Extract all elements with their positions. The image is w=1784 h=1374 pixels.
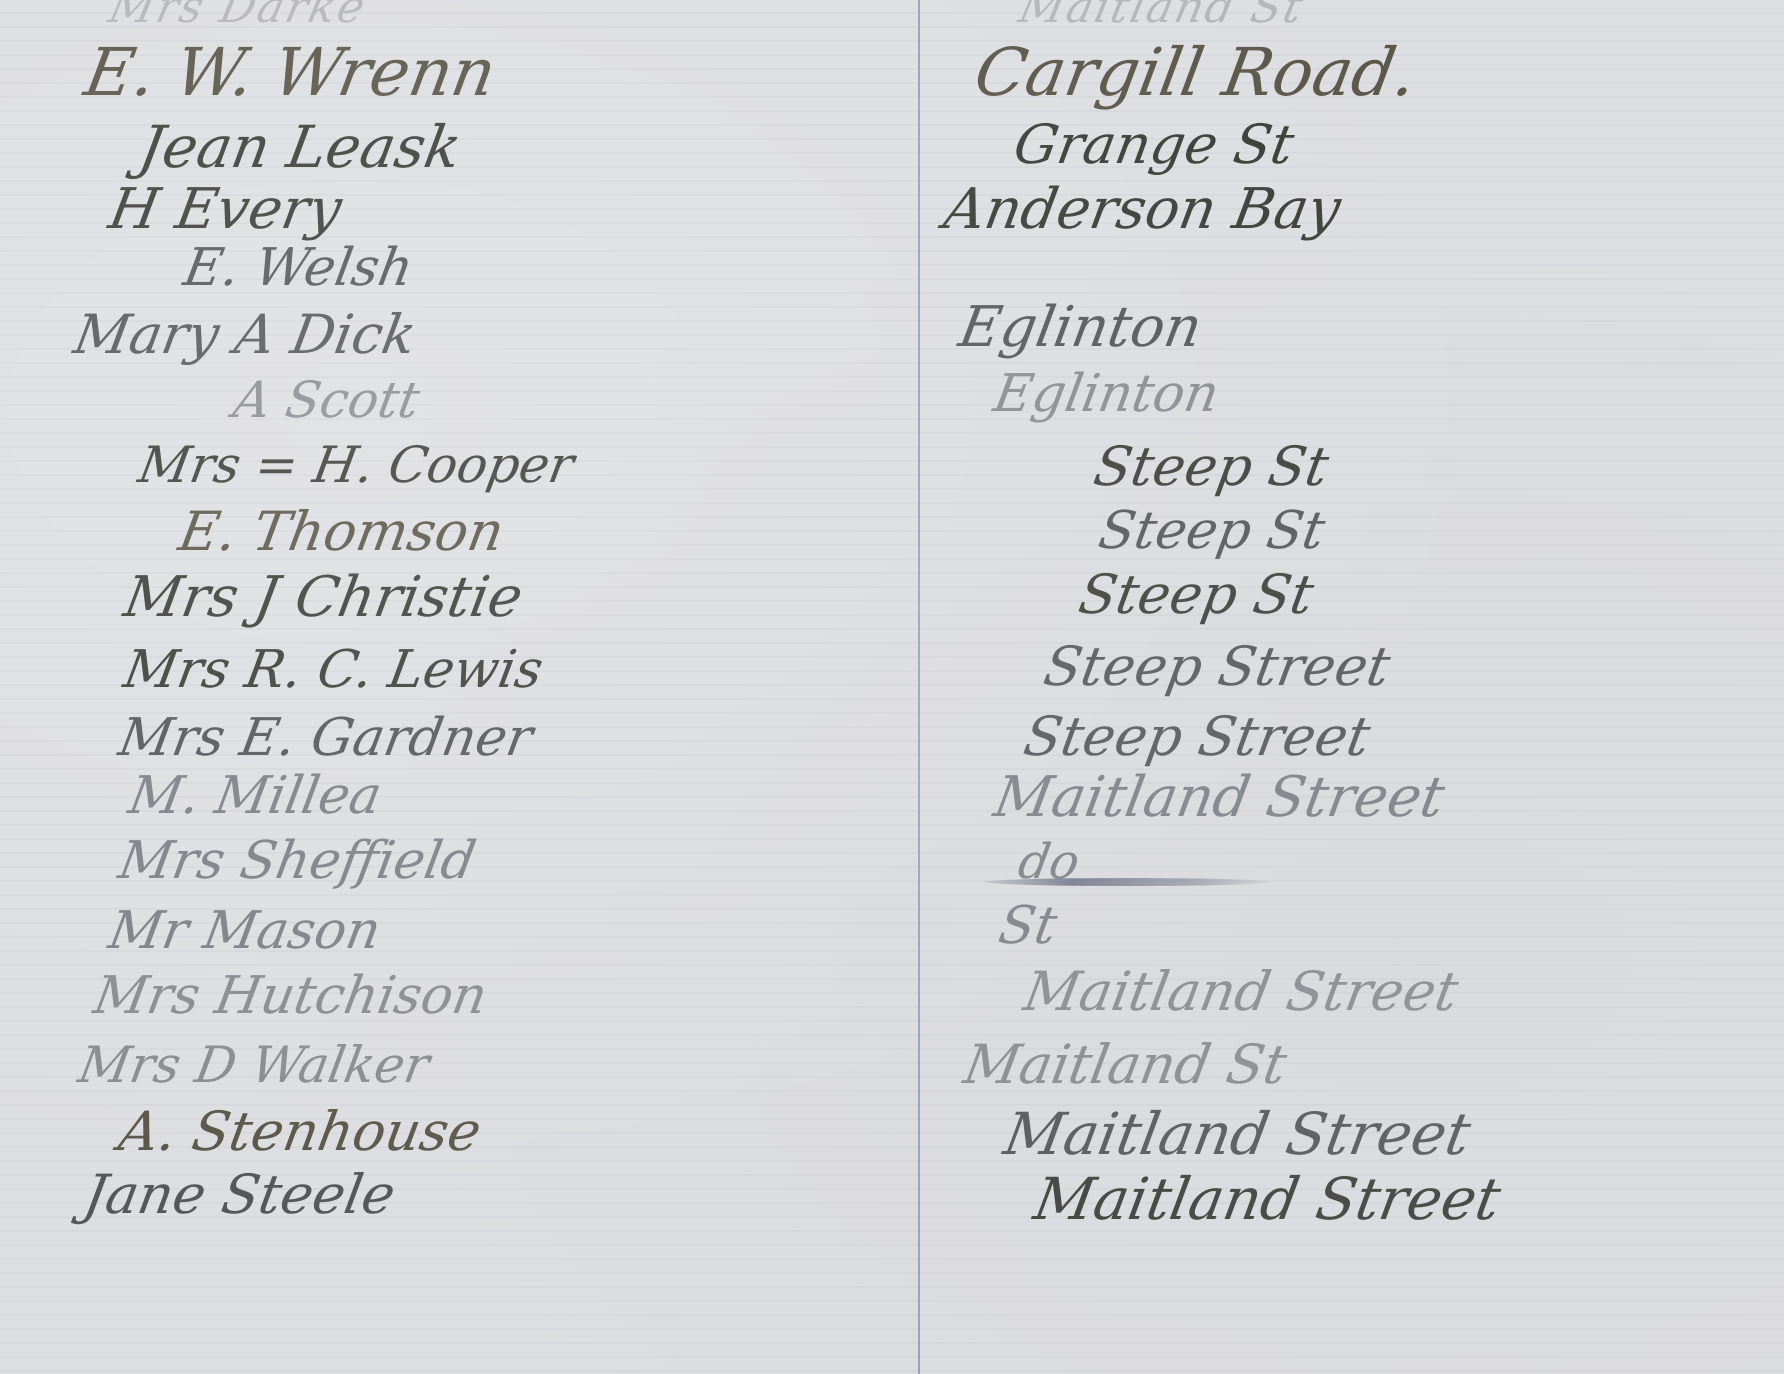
address-entry: Steep St: [1075, 568, 1318, 622]
name-entry: E. Thomson: [175, 505, 508, 559]
name-entry: Mrs E. Gardner: [115, 712, 536, 764]
name-entry: M. Millea: [125, 770, 385, 822]
address-entry: Steep St: [1095, 505, 1329, 557]
address-entry: Maitland Street: [1000, 1105, 1475, 1163]
address-entry: St: [995, 900, 1061, 952]
faded-header-right: Maitland St: [1015, 0, 1310, 33]
faded-header-left: Mrs Darke: [105, 0, 372, 33]
ink-strike-mark: [985, 878, 1270, 886]
name-entry: Mary A Dick: [70, 308, 420, 362]
address-entry: Steep St: [1090, 440, 1333, 494]
name-entry: Jane Steele: [80, 1168, 399, 1222]
column-divider-line: [918, 0, 920, 1374]
name-entry: E. W. Wrenn: [80, 40, 501, 106]
name-entry: Mrs R. C. Lewis: [120, 644, 547, 696]
name-entry: Mrs J Christie: [120, 570, 527, 626]
address-entry: Anderson Bay: [940, 182, 1345, 238]
address-entry: Maitland Street: [1020, 965, 1462, 1019]
address-entry: Maitland Street: [1030, 1170, 1505, 1228]
name-entry: Mrs = H. Cooper: [135, 440, 578, 490]
name-entry: Mrs Sheffield: [115, 835, 480, 887]
address-entry: Eglinton: [990, 368, 1223, 420]
address-entry: Maitland St: [960, 1038, 1291, 1092]
name-entry: A Scott: [230, 375, 423, 425]
address-entry: Steep Street: [1040, 640, 1394, 694]
name-entry: Mr Mason: [105, 905, 385, 957]
name-entry: A. Stenhouse: [115, 1105, 485, 1159]
ledger-page: Mrs Darke Maitland St E. W. Wrenn Jean L…: [0, 0, 1784, 1374]
name-entry: Mrs Hutchison: [90, 970, 491, 1022]
address-entry: Eglinton: [955, 300, 1206, 356]
address-entry: Maitland Street: [990, 770, 1448, 826]
address-entry: Grange St: [1010, 118, 1298, 172]
address-entry: Cargill Road.: [970, 40, 1422, 106]
name-entry: Mrs D Walker: [75, 1040, 433, 1090]
name-entry: E. Welsh: [180, 242, 417, 294]
name-entry: Jean Leask: [135, 118, 466, 176]
name-entry: H Every: [105, 182, 346, 238]
address-entry: Steep Street: [1020, 710, 1374, 764]
